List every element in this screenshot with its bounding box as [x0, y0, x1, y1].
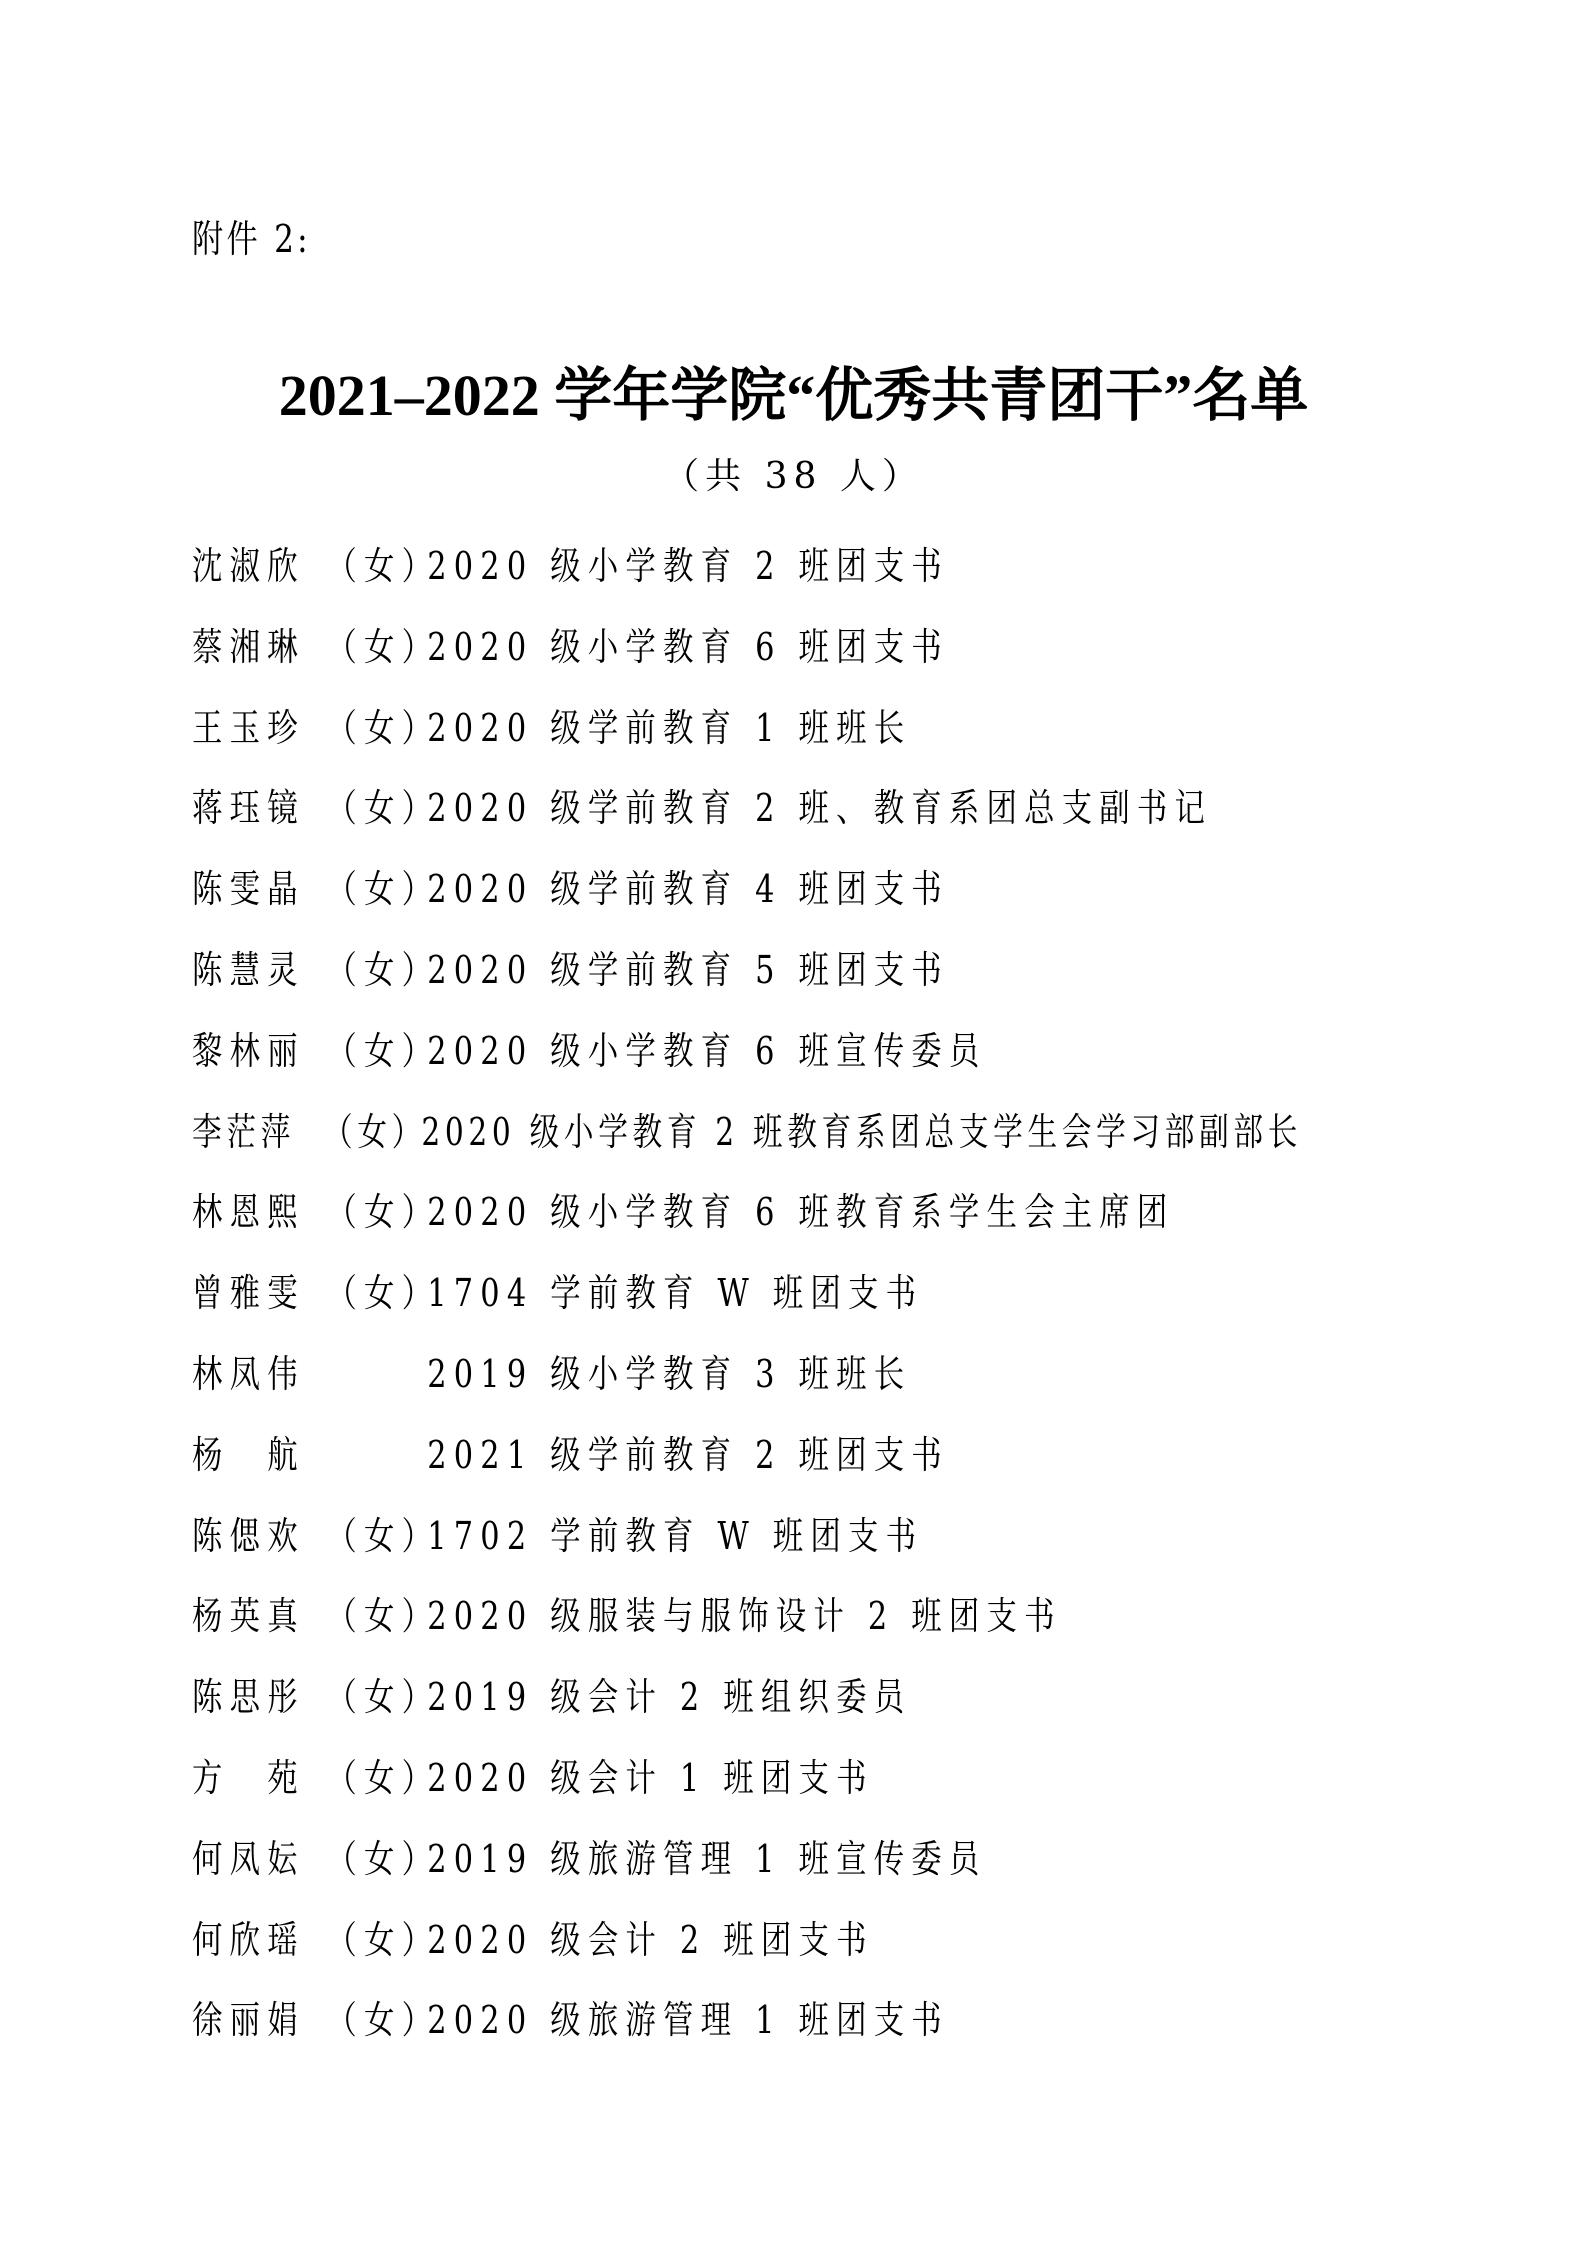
honoree-detail: 2020 级服装与服饰设计 2 班团支书 — [427, 1594, 1061, 1638]
honoree-list: 沈淑欣（女）2020 级小学教育 2 班团支书 蔡湘琳（女）2020 级小学教育… — [192, 538, 1587, 2073]
list-item: 黎林丽（女）2020 级小学教育 6 班宣传委员 — [192, 1023, 1587, 1104]
honoree-detail: 2020 级学前教育 5 班团支书 — [427, 948, 949, 992]
honoree-detail: 2020 级旅游管理 1 班团支书 — [427, 1998, 949, 2042]
document-page: 附件 2: 2021–2022 学年学院“优秀共青团干”名单 （共 38 人） … — [0, 0, 1587, 2245]
list-item: 林恩熙（女）2020 级小学教育 6 班教育系学生会主席团 — [192, 1184, 1587, 1265]
honoree-gender: （女） — [326, 942, 427, 998]
honoree-name: 林凤伟 — [192, 1346, 326, 1402]
honoree-name: 陈慧灵 — [192, 942, 326, 998]
list-item: 杨 航2021 级学前教育 2 班团支书 — [192, 1427, 1587, 1508]
list-item: 王玉珍（女）2020 级学前教育 1 班班长 — [192, 700, 1587, 781]
honoree-gender: （女） — [326, 1508, 427, 1564]
honoree-name: 蔡湘琳 — [192, 619, 326, 675]
list-item: 林凤伟2019 级小学教育 3 班班长 — [192, 1346, 1587, 1427]
honoree-name: 王玉珍 — [192, 700, 326, 756]
honoree-detail: 2020 级学前教育 4 班团支书 — [427, 867, 949, 911]
honoree-gender: （女） — [326, 700, 427, 756]
honoree-name: 沈淑欣 — [192, 538, 326, 594]
honoree-name: 方 苑 — [192, 1750, 326, 1806]
honoree-detail: 2019 级会计 2 班组织委员 — [427, 1675, 911, 1719]
honoree-gender: （女） — [326, 1831, 427, 1887]
honoree-gender: （女） — [326, 1750, 427, 1806]
honoree-detail: 2020 级小学教育 2 班教育系团总支学生会学习部副部长 — [421, 1110, 1302, 1154]
honoree-gender: （女） — [326, 780, 427, 836]
list-item: 杨英真（女）2020 级服装与服饰设计 2 班团支书 — [192, 1588, 1587, 1669]
list-item: 曾雅雯（女）1704 学前教育 W 班团支书 — [192, 1265, 1587, 1346]
honoree-gender: （女） — [326, 861, 427, 917]
honoree-name: 黎林丽 — [192, 1023, 326, 1079]
honoree-detail: 2020 级学前教育 1 班班长 — [427, 706, 911, 750]
list-item: 徐丽娟（女）2020 级旅游管理 1 班团支书 — [192, 1992, 1587, 2073]
document-title: 2021–2022 学年学院“优秀共青团干”名单 — [0, 358, 1587, 434]
honoree-name: 杨英真 — [192, 1588, 326, 1644]
honoree-name: 曾雅雯 — [192, 1265, 326, 1321]
list-item: 何欣瑶（女）2020 级会计 2 班团支书 — [192, 1912, 1587, 1993]
list-item: 陈偲欢（女）1702 学前教育 W 班团支书 — [192, 1508, 1587, 1589]
honoree-detail: 1704 学前教育 W 班团支书 — [427, 1271, 923, 1315]
honoree-gender: （女） — [326, 1992, 427, 2048]
list-item: 方 苑（女）2020 级会计 1 班团支书 — [192, 1750, 1587, 1831]
honoree-gender: （女） — [326, 619, 427, 675]
list-item: 陈雯晶（女）2020 级学前教育 4 班团支书 — [192, 861, 1587, 942]
honoree-gender: （女） — [326, 1023, 427, 1079]
honoree-detail: 2020 级小学教育 6 班团支书 — [427, 625, 949, 669]
honoree-name: 何欣瑶 — [192, 1912, 326, 1968]
honoree-gender: （女） — [326, 1588, 427, 1644]
list-item: 蔡湘琳（女）2020 级小学教育 6 班团支书 — [192, 619, 1587, 700]
attachment-label: 附件 2: — [192, 214, 311, 264]
honoree-name: 陈偲欢 — [192, 1508, 326, 1564]
honoree-gender: （女） — [323, 1104, 421, 1160]
list-item: 蒋珏镜（女）2020 级学前教育 2 班、教育系团总支副书记 — [192, 780, 1587, 861]
honoree-name: 陈思彤 — [192, 1669, 326, 1725]
list-item: 何凤妘（女）2019 级旅游管理 1 班宣传委员 — [192, 1831, 1587, 1912]
honoree-detail: 1702 学前教育 W 班团支书 — [427, 1514, 923, 1558]
honoree-gender: （女） — [326, 1912, 427, 1968]
honoree-name: 徐丽娟 — [192, 1992, 326, 2048]
honoree-name: 杨 航 — [192, 1427, 326, 1483]
honoree-gender: （女） — [326, 1669, 427, 1725]
honoree-detail: 2020 级小学教育 6 班宣传委员 — [427, 1029, 986, 1073]
honoree-name: 陈雯晶 — [192, 861, 326, 917]
list-item: 李茫萍（女）2020 级小学教育 2 班教育系团总支学生会学习部副部长 — [192, 1104, 1587, 1185]
honoree-detail: 2019 级旅游管理 1 班宣传委员 — [427, 1837, 986, 1881]
honoree-gender: （女） — [326, 1265, 427, 1321]
honoree-gender: （女） — [326, 538, 427, 594]
honoree-detail: 2021 级学前教育 2 班团支书 — [427, 1433, 949, 1477]
honoree-name: 何凤妘 — [192, 1831, 326, 1887]
honoree-detail: 2020 级会计 2 班团支书 — [427, 1918, 874, 1962]
list-item: 陈思彤（女）2019 级会计 2 班组织委员 — [192, 1669, 1587, 1750]
honoree-name: 蒋珏镜 — [192, 780, 326, 836]
honoree-detail: 2019 级小学教育 3 班班长 — [427, 1352, 911, 1396]
honoree-name: 林恩熙 — [192, 1184, 326, 1240]
honoree-detail: 2020 级小学教育 6 班教育系学生会主席团 — [427, 1190, 1174, 1234]
honoree-detail: 2020 级会计 1 班团支书 — [427, 1756, 874, 1800]
document-subtitle: （共 38 人） — [0, 452, 1587, 502]
honoree-name: 李茫萍 — [192, 1104, 323, 1160]
list-item: 陈慧灵（女）2020 级学前教育 5 班团支书 — [192, 942, 1587, 1023]
honoree-gender: （女） — [326, 1184, 427, 1240]
honoree-detail: 2020 级学前教育 2 班、教育系团总支副书记 — [427, 786, 1212, 830]
honoree-detail: 2020 级小学教育 2 班团支书 — [427, 544, 949, 588]
list-item: 沈淑欣（女）2020 级小学教育 2 班团支书 — [192, 538, 1587, 619]
